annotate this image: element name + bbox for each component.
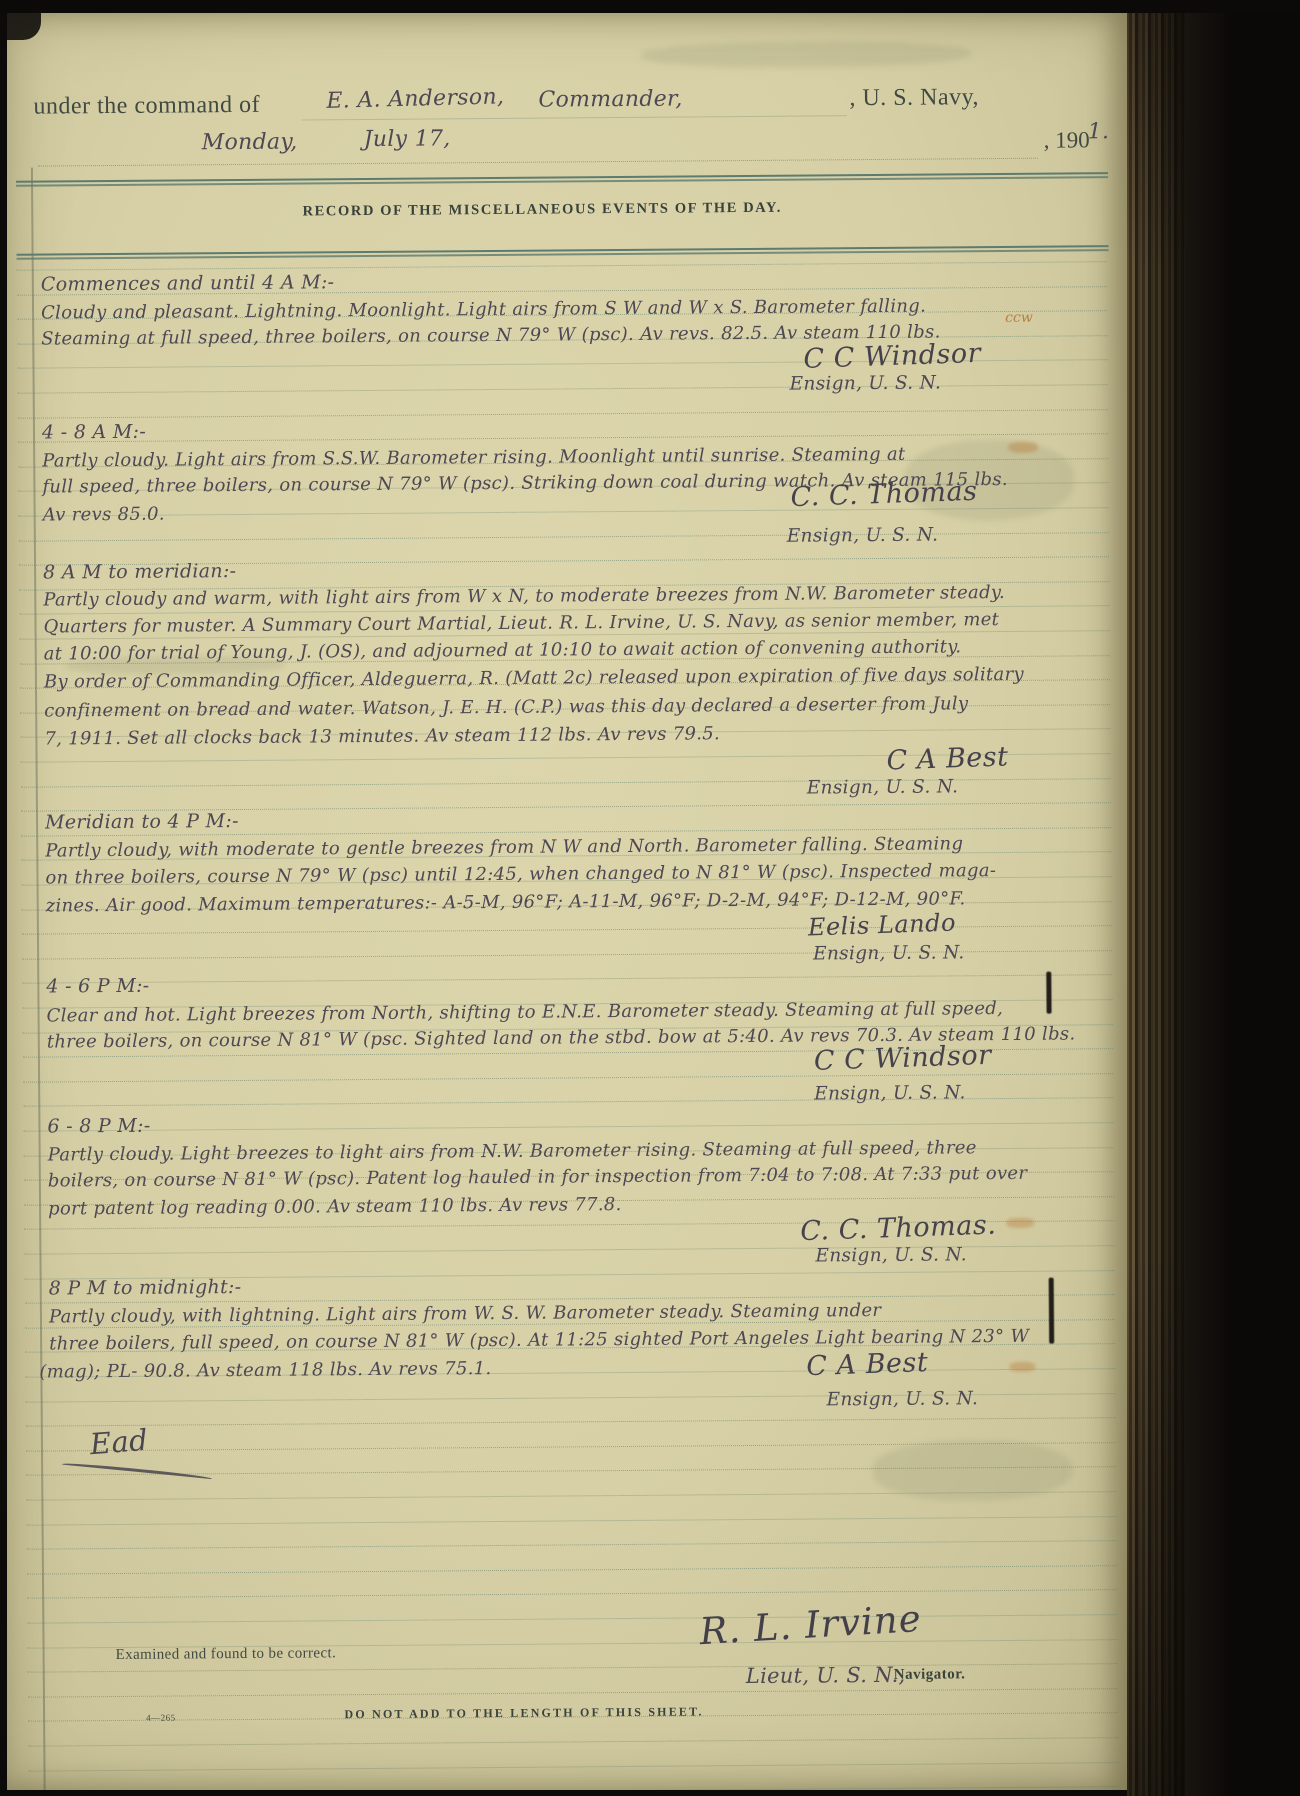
- ruled-line: [27, 1590, 1117, 1600]
- watch-officer-rank: Ensign, U. S. N.: [790, 372, 942, 394]
- entry-line: Partly cloudy. Light breezes to light ai…: [48, 1137, 977, 1165]
- watch-officer-signature: C A Best: [886, 741, 1009, 776]
- entry-heading: Meridian to 4 P M:-: [45, 810, 239, 834]
- watch-officer-signature: Eelis Lando: [807, 908, 956, 941]
- ruled-line: [18, 409, 1108, 419]
- bleed-through-smudge: [641, 40, 971, 69]
- ruled-line: [27, 1540, 1117, 1550]
- watch-officer-rank: Ensign, U. S. N.: [814, 1082, 966, 1104]
- header-divider-rule: [16, 172, 1108, 187]
- log-page: under the command of E. A. Anderson, Com…: [7, 13, 1127, 1790]
- entry-line: Partly cloudy, with lightning. Light air…: [49, 1300, 882, 1328]
- command-field-underline: [302, 115, 847, 120]
- ruled-line: [18, 384, 1108, 394]
- ruled-line: [29, 1762, 1119, 1772]
- year-handwriting: 1.: [1088, 119, 1110, 144]
- entry-line: Cloudy and pleasant. Lightning. Moonligh…: [41, 296, 926, 324]
- entry-line: port patent log reading 0.00. Av steam 1…: [48, 1194, 622, 1220]
- watch-officer-rank: Ensign, U. S. N.: [827, 1388, 979, 1410]
- watch-officer-signature: C C Windsor: [813, 1040, 992, 1077]
- watch-officer-signature: C C Windsor: [803, 338, 982, 375]
- entry-heading: 4 - 8 A M:-: [42, 421, 146, 444]
- entry-line: on three boilers, course N 79° W (psc) u…: [45, 860, 996, 888]
- ruled-line: [23, 1073, 1113, 1083]
- book-page-edges: [1127, 0, 1185, 1796]
- entry-line: 7, 1911. Set all clocks back 13 minutes.…: [44, 723, 720, 749]
- watch-officer-signature: C. C. Thomas.: [800, 1210, 997, 1248]
- entry-heading: Commences and until 4 A M:-: [41, 271, 335, 295]
- ruled-line: [17, 261, 1107, 271]
- reviewer-check-mark: [1008, 442, 1038, 453]
- ruled-line: [26, 1417, 1116, 1427]
- weekday-handwriting: Monday,: [202, 130, 298, 156]
- ruled-line: [27, 1516, 1117, 1526]
- left-margin-line: [31, 168, 46, 1790]
- watch-officer-signature: C A Best: [806, 1347, 929, 1382]
- scan-top-edge: [0, 0, 1300, 13]
- section-title: RECORD OF THE MISCELLANEOUS EVENTS OF TH…: [7, 197, 1082, 222]
- entry-heading: 4 - 6 P M:-: [46, 975, 149, 998]
- commander-name-handwriting: E. A. Anderson,: [326, 84, 504, 113]
- title-divider-rule: [17, 245, 1109, 260]
- navigator-signature: R. L. Irvine: [698, 1597, 922, 1653]
- year-printed-label: , 190: [1044, 127, 1090, 153]
- scanned-log-sheet: under the command of E. A. Anderson, Com…: [0, 0, 1300, 1796]
- entry-line: Partly cloudy. Light airs from S.S.W. Ba…: [42, 444, 905, 472]
- ruled-line: [23, 1122, 1113, 1132]
- navigator-printed-label: Navigator.: [894, 1666, 966, 1684]
- watch-officer-rank: Ensign, U. S. N.: [815, 1244, 967, 1266]
- ruled-line: [28, 1737, 1118, 1747]
- entry-line: Av revs 85.0.: [43, 504, 165, 526]
- date-field-underline: [38, 158, 1038, 167]
- entry-line: boilers, on course N 81° W (psc). Patent…: [48, 1163, 1028, 1192]
- page-content: under the command of E. A. Anderson, Com…: [7, 13, 1127, 1790]
- stray-initials-handwriting: Ead: [89, 1423, 149, 1461]
- length-warning-label: DO NOT ADD TO THE LENGTH OF THIS SHEET.: [14, 1702, 1034, 1725]
- entry-line: Partly cloudy and warm, with light airs …: [43, 582, 1005, 611]
- entry-heading: 6 - 8 P M:-: [47, 1115, 150, 1138]
- commander-title-handwriting: Commander,: [538, 87, 682, 113]
- reviewer-check-annotation: ccw: [1005, 310, 1033, 326]
- ruled-line: [27, 1614, 1117, 1624]
- date-handwriting: July 17,: [364, 126, 451, 152]
- watch-officer-rank: Ensign, U. S. N.: [787, 525, 939, 547]
- watch-officer-rank: Ensign, U. S. N.: [807, 776, 959, 798]
- ruled-line: [27, 1565, 1117, 1575]
- watch-officer-signature: C. C. Thomas: [790, 476, 978, 513]
- ruled-lines: [7, 13, 1121, 18]
- navigator-rank-handwriting: Lieut, U. S. N.,: [746, 1663, 906, 1688]
- ink-mark: [1046, 972, 1051, 1014]
- entry-heading: 8 A M to meridian:-: [43, 560, 236, 584]
- reviewer-check-mark: [1009, 1362, 1035, 1372]
- ruled-line: [29, 1786, 1119, 1790]
- command-suffix-label: , U. S. Navy,: [849, 84, 979, 112]
- binding-shadow: [1185, 0, 1300, 1796]
- watch-officer-rank: Ensign, U. S. N.: [813, 942, 965, 964]
- ruled-line: [22, 975, 1112, 985]
- ruled-line: [19, 532, 1109, 542]
- ruled-line: [18, 433, 1108, 443]
- ink-mark: [1049, 1278, 1055, 1344]
- entry-line: at 10:00 for trial of Young, J. (OS), an…: [44, 636, 962, 664]
- reviewer-check-mark: [1006, 1218, 1034, 1228]
- entry-line: confinement on bread and water. Watson, …: [44, 693, 968, 721]
- entry-heading: 8 P M to midnight:-: [49, 1276, 242, 1300]
- command-prefix-label: under the command of: [33, 92, 260, 121]
- entry-line: (mag); PL- 90.8. Av steam 118 lbs. Av re…: [39, 1358, 491, 1383]
- examined-label: Examined and found to be correct.: [116, 1645, 337, 1664]
- initials-underline-flourish: [62, 1462, 212, 1479]
- entry-line: Clear and hot. Light breezes from North,…: [46, 998, 1003, 1027]
- entry-line: Partly cloudy, with moderate to gentle b…: [45, 833, 963, 861]
- ruled-line: [28, 1688, 1118, 1698]
